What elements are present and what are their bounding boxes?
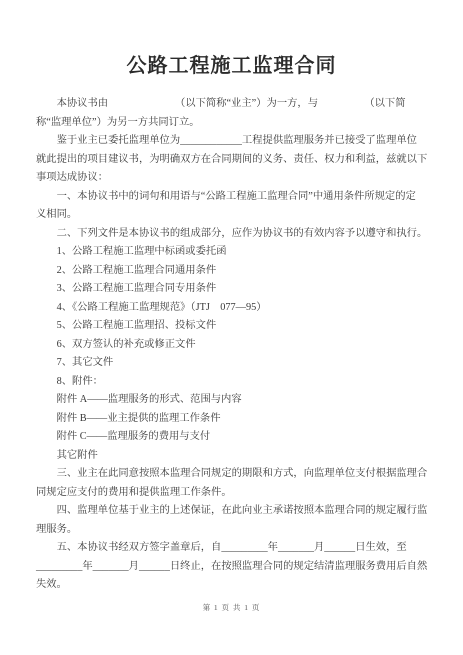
document-line: 8、附件： bbox=[36, 373, 429, 392]
document-line: 附件 B——业主提供的监理工作条件 bbox=[36, 410, 429, 429]
document-line: 二、下列文件是本协议书的组成部分，应作为协议书的有效内容予以遵守和执行。 bbox=[36, 225, 429, 244]
document-line: 鉴于业主已委托监理单位为____________工程提供监理服务并已接受了监理单… bbox=[36, 132, 429, 151]
document-line: 同规定应支付的费用和提供监理工作条件。 bbox=[36, 484, 429, 503]
document-line: 理服务。 bbox=[36, 521, 429, 540]
document-line: 1、公路工程施工监理中标函或委托函 bbox=[36, 243, 429, 262]
document-title: 公路工程施工监理合同 bbox=[0, 0, 463, 80]
document-line: 5、公路工程施工监理招、投标文件 bbox=[36, 317, 429, 336]
document-body: 本协议书由 （以下简称“业主”）为一方，与 （以下简称“监理单位”）为另一方共同… bbox=[36, 95, 429, 595]
document-line: _________年_______月______日终止，在按照监理合同的规定结清… bbox=[36, 558, 429, 577]
document-line: 一、本协议书中的词句和用语与“公路工程施工监理合同”中通用条件所规定的定 bbox=[36, 188, 429, 207]
document-line: 6、双方签认的补充或修正文件 bbox=[36, 336, 429, 355]
document-line: 事项达成协议： bbox=[36, 169, 429, 188]
document-line: 失效。 bbox=[36, 576, 429, 595]
document-line: 其它附件 bbox=[36, 447, 429, 466]
document-line: 义相同。 bbox=[36, 206, 429, 225]
document-line: 五、本协议书经双方签字盖章后，自_________年_______月______… bbox=[36, 539, 429, 558]
document-line: 4、《公路工程施工监理规范》（JTJ 077—95） bbox=[36, 299, 429, 318]
document-line: 7、其它文件 bbox=[36, 354, 429, 373]
page-number-footer: 第 1 页 共 1 页 bbox=[0, 602, 463, 613]
document-line: 本协议书由 （以下简称“业主”）为一方，与 （以下简 bbox=[36, 95, 429, 114]
document-line: 四、监理单位基于业主的上述保证，在此向业主承诺按照本监理合同的规定履行监 bbox=[36, 502, 429, 521]
document-line: 就此提出的项目建议书，为明确双方在合同期间的义务、责任、权力和利益，兹就以下 bbox=[36, 151, 429, 170]
document-line: 附件 C——监理服务的费用与支付 bbox=[36, 428, 429, 447]
document-line: 称“监理单位”）为另一方共同订立。 bbox=[36, 114, 429, 133]
document-line: 附件 A——监理服务的形式、范围与内容 bbox=[36, 391, 429, 410]
document-line: 三、业主在此同意按照本监理合同规定的期限和方式，向监理单位支付根据监理合 bbox=[36, 465, 429, 484]
document-line: 3、公路工程施工监理合同专用条件 bbox=[36, 280, 429, 299]
document-page: 公路工程施工监理合同 本协议书由 （以下简称“业主”）为一方，与 （以下简称“监… bbox=[0, 0, 463, 655]
document-line: 2、公路工程施工监理合同通用条件 bbox=[36, 262, 429, 281]
